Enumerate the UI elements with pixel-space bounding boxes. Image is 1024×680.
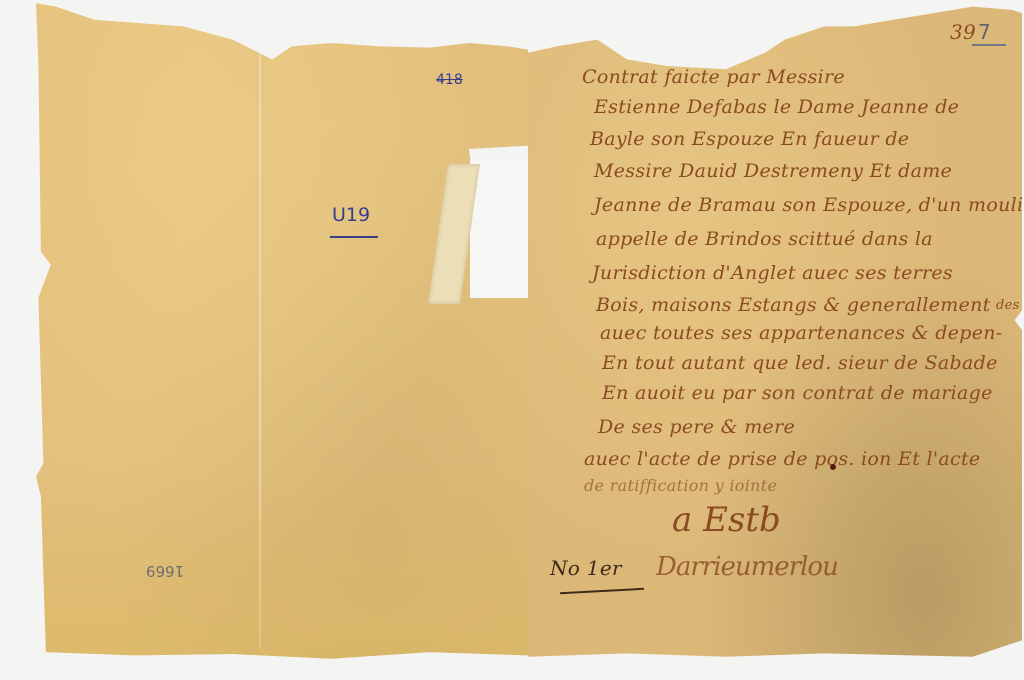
text-line: auec toutes ses appartenances & depen- [600,322,1003,344]
catalog-mark-underline [330,236,378,238]
text-line: Estienne Defabas le Dame Jeanne de [594,96,959,118]
text-line: En auoit eu par son contrat de mariage [602,382,993,404]
text-line: Bayle son Espouze En faueur de [590,128,909,150]
text-line: De ses pere & mere [598,416,795,438]
catalog-mark: U19 [332,204,370,226]
folio-underline [972,44,1006,46]
margin-note: No 1er [550,556,622,580]
text-line: Jurisdiction d'Anglet auec ses terres [592,262,953,284]
text-line: auec l'acte de prise de pos. ion Et l'ac… [584,448,980,470]
text-line: En tout autant que led. sieur de Sabade [602,352,998,374]
left-leaf [36,0,528,662]
paper-stain [36,463,528,662]
document-scan: 418 U19 1669 39 7 Contrat faicte par Mes… [0,0,1024,680]
text-line: Jeanne de Bramau son Espouze, d'un mouli… [594,194,1024,216]
margin-line-end: des [996,298,1020,313]
torn-hole [470,160,528,298]
text-line: Contrat faicte par Messire [582,66,845,88]
text-line: Bois, maisons Estangs & generallement [596,294,991,316]
text-line: de ratiffication y iointe [584,476,777,495]
folio-number-pencil: 7 [978,20,991,44]
text-line: appelle de Brindos scittué dans la [596,228,933,250]
signature-notary: a Estb [672,500,781,540]
text-line: Messire Dauid Destremeny Et dame [594,160,952,182]
ink-dot [830,464,836,470]
struck-number: 418 [436,72,463,88]
signature-party: Darrieumerlou [656,552,838,582]
pencil-date: 1669 [146,562,184,580]
folio-number-ink: 39 [950,20,976,44]
